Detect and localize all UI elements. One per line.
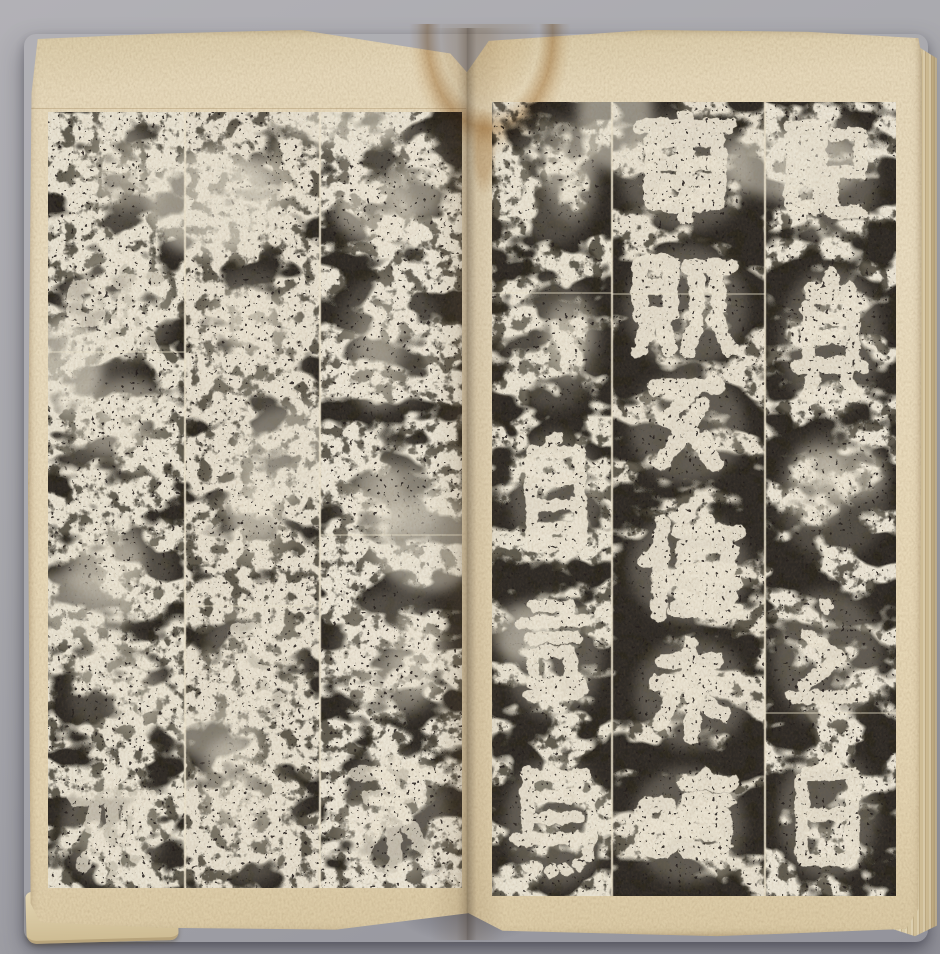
right-page (466, 30, 922, 938)
rubbing-panel-left (48, 112, 462, 888)
left-page (28, 30, 468, 935)
page-fold-seam (28, 108, 468, 109)
photo-scene: Photograph of an open Chinese stele-rubb… (0, 0, 940, 954)
rubbing-column-r1 (492, 102, 612, 896)
rubbing-panel-right (492, 102, 896, 896)
